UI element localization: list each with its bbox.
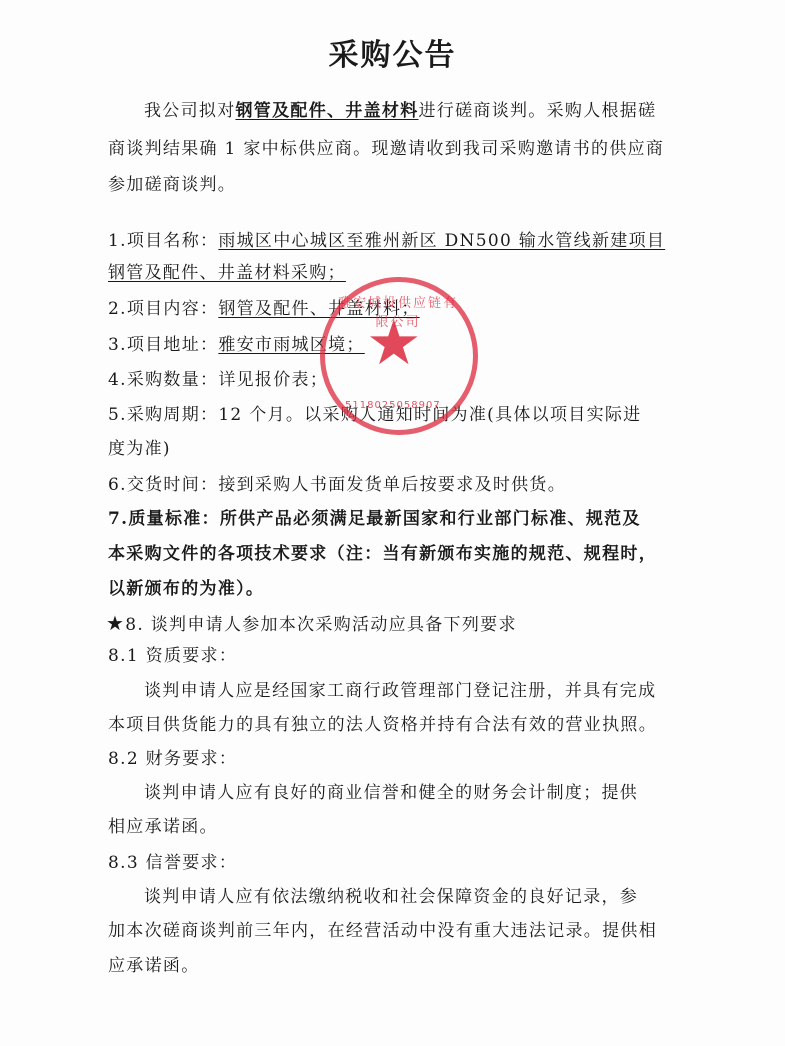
intro-suffix: 进行磋商谈判。采购人根据磋	[419, 101, 657, 121]
item-2-label: 2.项目内容：	[108, 299, 218, 319]
section-8-2-heading: 8.2 财务要求：	[108, 748, 668, 770]
intro-underlined-subject: 钢管及配件、井盖材料	[236, 101, 419, 121]
intro-line-2: 商谈判结果确 1 家中标供应商。现邀请收到我司采购邀请书的供应商	[108, 138, 668, 160]
page-title: 采购公告	[0, 30, 785, 74]
item-2: 2.项目内容：钢管及配件、井盖材料；	[108, 298, 668, 320]
section-8-1-line-1: 谈判申请人应是经国家工商行政管理部门登记注册，并具有完成	[144, 680, 704, 702]
section-8-heading-text: 8. 谈判申请人参加本次采购活动应具备下列要求	[125, 615, 517, 635]
intro-prefix: 我公司拟对	[144, 101, 236, 121]
intro-line-1: 我公司拟对钢管及配件、井盖材料进行磋商谈判。采购人根据磋	[144, 100, 704, 122]
item-1-line-1: 1.项目名称：雨城区中心城区至雅州新区 DN500 输水管线新建项目	[108, 230, 668, 252]
item-3-value: 雅安市雨城区境；	[218, 335, 364, 355]
section-8-heading: ★8. 谈判申请人参加本次采购活动应具备下列要求	[106, 612, 666, 636]
item-3-label: 3.项目地址：	[108, 335, 218, 355]
section-8-3-heading: 8.3 信誉要求：	[108, 852, 668, 874]
section-8-1-line-2: 本项目供货能力的具有独立的法人资格并持有合法有效的营业执照。	[108, 714, 668, 736]
section-8-3-line-3: 应承诺函。	[108, 955, 668, 977]
item-7-line-2: 本采购文件的各项技术要求（注：当有新颁布实施的规范、规程时，	[108, 543, 668, 565]
item-5-line-2: 度为准)	[108, 438, 668, 460]
item-7-line-1: 7.质量标准：所供产品必须满足最新国家和行业部门标准、规范及	[108, 508, 668, 530]
item-4-value: 详见报价表；	[218, 370, 328, 390]
section-8-2-line-2: 相应承诺函。	[108, 816, 668, 838]
item-1-line-2: 钢管及配件、井盖材料采购；	[108, 262, 668, 284]
section-8-3-line-2: 加本次磋商谈判前三年内，在经营活动中没有重大违法记录。提供相	[108, 920, 668, 942]
item-7-line-3: 以新颁布的为准）。	[108, 578, 668, 600]
item-1-value: 雨城区中心城区至雅州新区 DN500 输水管线新建项目	[218, 231, 665, 251]
item-3: 3.项目地址：雅安市雨城区境；	[108, 334, 668, 356]
section-8-1-heading: 8.1 资质要求：	[108, 645, 668, 667]
section-8-2-line-1: 谈判申请人应有良好的商业信誉和健全的财务会计制度；提供	[144, 782, 704, 804]
star-icon: ★	[106, 611, 125, 635]
item-4: 4.采购数量：详见报价表；	[108, 369, 668, 391]
item-6: 6.交货时间：接到采购人书面发货单后按要求及时供货。	[108, 474, 668, 496]
item-1-value-cont: 钢管及配件、井盖材料采购；	[108, 263, 346, 283]
item-2-value: 钢管及配件、井盖材料；	[218, 299, 419, 319]
item-5-line-1: 5.采购周期：12 个月。以采购人通知时间为准(具体以项目实际进	[108, 404, 668, 426]
document-page: 采购公告 我公司拟对钢管及配件、井盖材料进行磋商谈判。采购人根据磋 商谈判结果确…	[0, 0, 785, 1046]
section-8-3-line-1: 谈判申请人应有依法缴纳税收和社会保障资金的良好记录，参	[144, 886, 704, 908]
item-4-label: 4.采购数量：	[108, 370, 218, 390]
item-1-label: 1.项目名称：	[108, 231, 218, 251]
intro-line-3: 参加磋商谈判。	[108, 174, 668, 196]
